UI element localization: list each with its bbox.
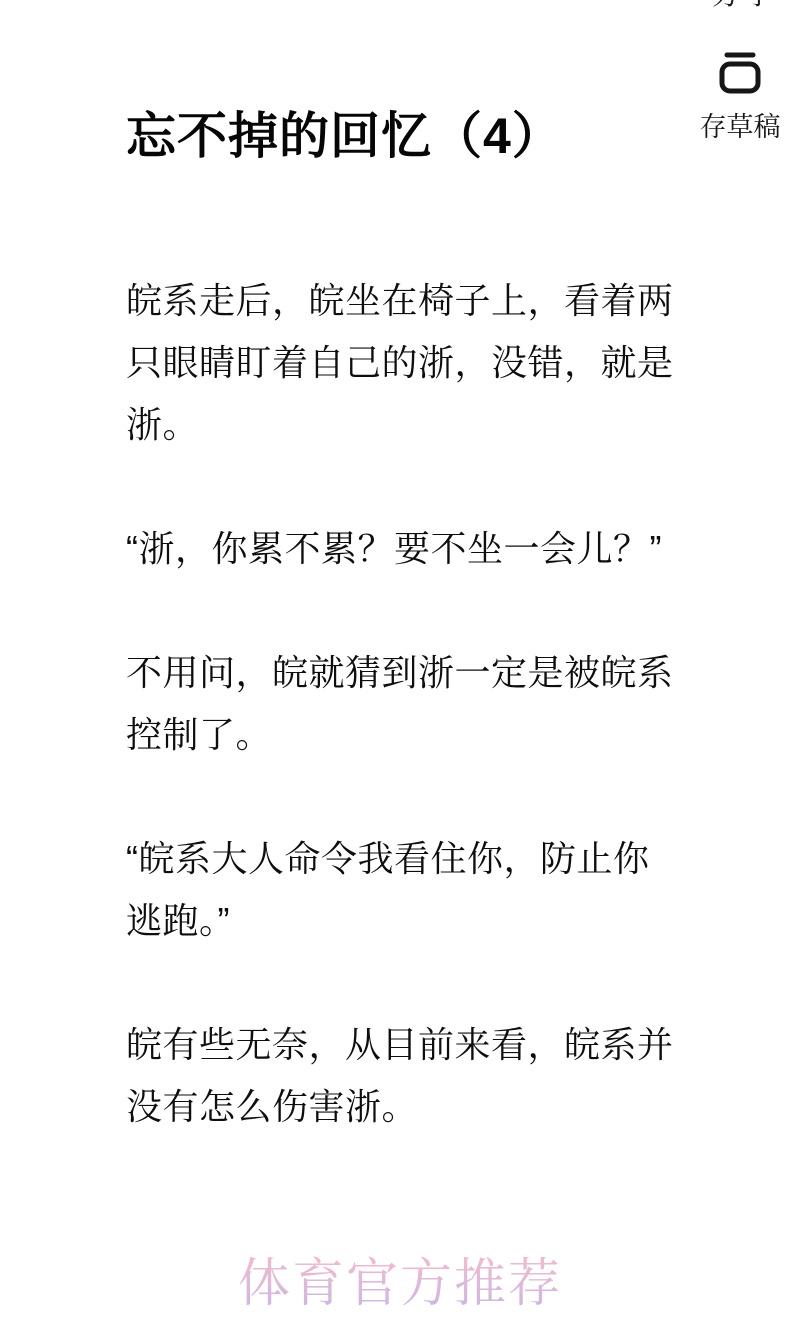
note-paragraph[interactable]: “皖系大人命令我看住你，防止你 逃跑。”: [126, 828, 678, 952]
save-draft-button[interactable]: 存草稿: [686, 50, 794, 142]
note-content: 忘不掉的回忆（4） 皖系走后，皖坐在椅子上，看着两 只眼睛盯着自己的浙，没错，就…: [0, 101, 800, 1138]
note-paragraph[interactable]: 不用问，皖就猜到浙一定是被皖系 控制了。: [126, 642, 678, 766]
note-paragraph[interactable]: “浙，你累不累？要不坐一会儿？”: [126, 518, 678, 580]
note-title[interactable]: 忘不掉的回忆（4）: [126, 101, 678, 171]
watermark-text: 体育官方推荐: [0, 1254, 800, 1316]
note-paragraph[interactable]: 皖有些无奈，从目前来看，皖系并 没有怎么伤害浙。: [126, 1014, 678, 1138]
save-draft-label: 存草稿: [700, 112, 781, 142]
draft-editor-page: 分享 存草稿 忘不掉的回忆（4） 皖系走后，皖坐在椅子上，看着两 只眼睛盯着自己…: [0, 0, 800, 1336]
draft-box-icon: [719, 50, 761, 94]
note-paragraph[interactable]: 皖系走后，皖坐在椅子上，看着两 只眼睛盯着自己的浙，没错，就是 浙。: [126, 270, 678, 456]
share-button[interactable]: 分享: [711, 0, 777, 12]
